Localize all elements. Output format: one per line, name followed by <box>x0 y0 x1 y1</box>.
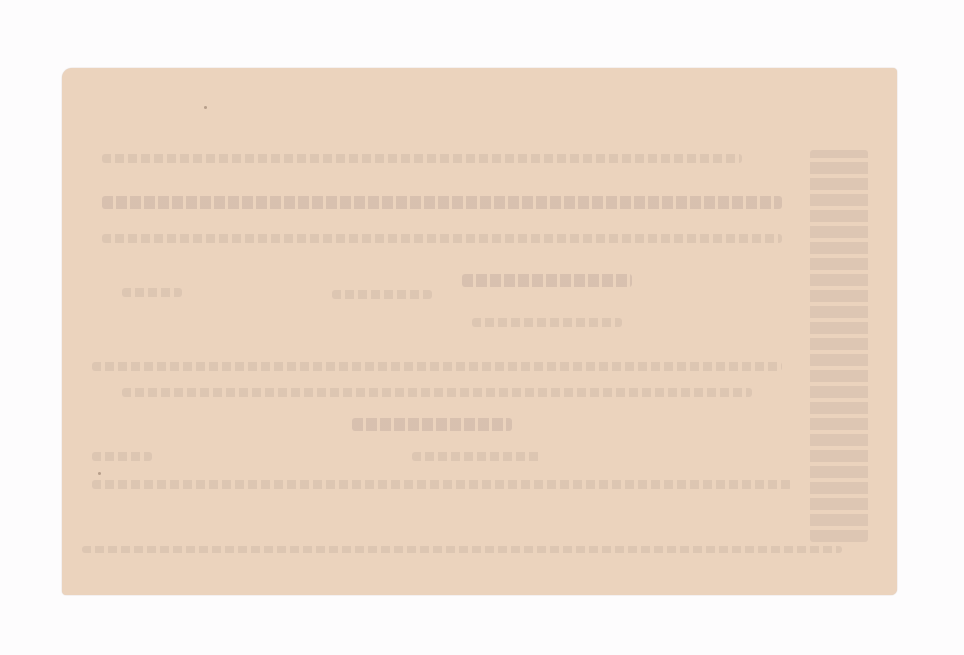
illegible-line <box>122 388 752 397</box>
illegible-line <box>82 546 842 553</box>
illegible-line <box>472 318 622 327</box>
illegible-line <box>92 452 152 461</box>
illegible-line <box>102 154 742 163</box>
speck <box>98 472 101 475</box>
illegible-line <box>92 362 782 371</box>
illegible-line <box>332 290 432 299</box>
illegible-line <box>102 196 782 209</box>
paper-note <box>62 68 897 595</box>
illegible-line <box>92 480 792 489</box>
illegible-line <box>352 418 512 431</box>
illegible-line <box>102 234 782 243</box>
speck <box>204 106 207 109</box>
illegible-line <box>462 274 632 287</box>
illegible-side-block <box>810 150 868 542</box>
illegible-line <box>122 288 182 297</box>
illegible-line <box>412 452 542 461</box>
